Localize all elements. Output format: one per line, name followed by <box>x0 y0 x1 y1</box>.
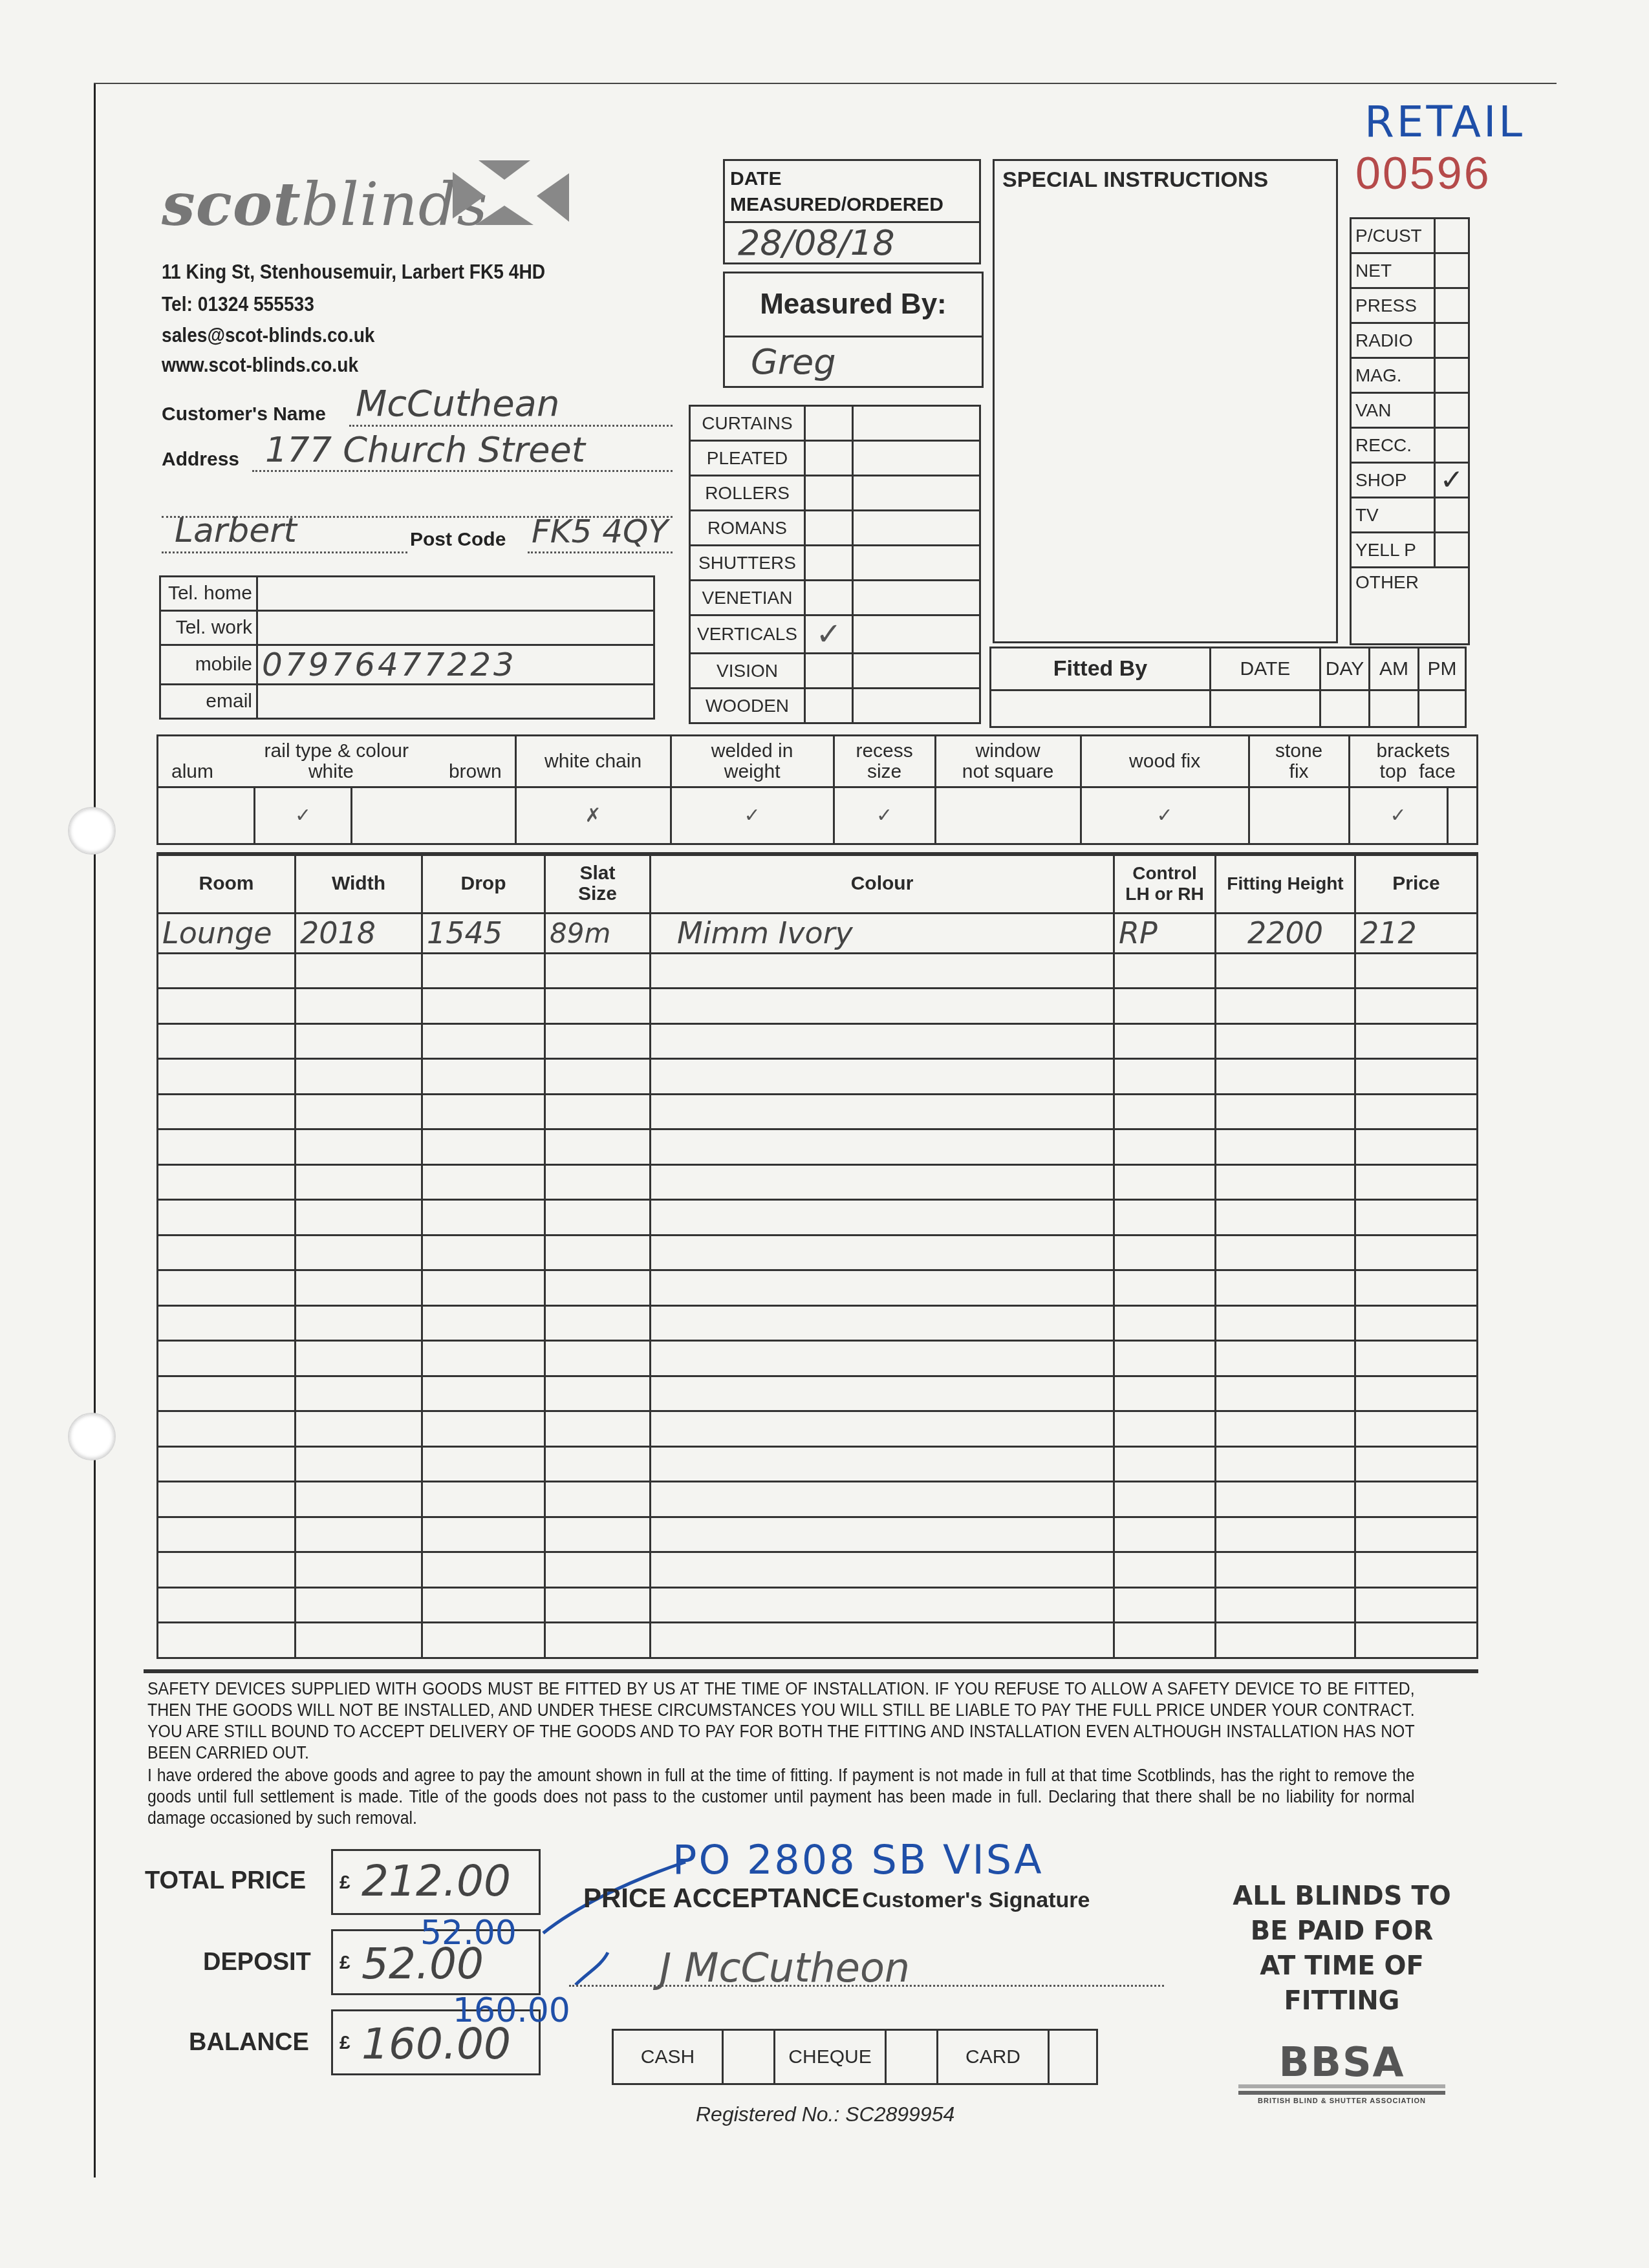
empty-cell[interactable] <box>1114 1446 1216 1482</box>
blind-type-check[interactable] <box>805 654 853 689</box>
stone-fix-header: stonefix <box>1249 736 1349 787</box>
empty-cell[interactable] <box>158 1341 296 1376</box>
source-check[interactable] <box>1435 428 1469 463</box>
empty-cell[interactable] <box>1114 953 1216 989</box>
customer-signature-label: Customer's Signature <box>863 1888 1090 1912</box>
empty-cell[interactable] <box>422 1129 545 1165</box>
empty-cell[interactable] <box>422 1059 545 1095</box>
empty-cell[interactable] <box>1355 1129 1478 1165</box>
blind-type-label: CURTAINS <box>690 406 805 441</box>
empty-cell[interactable] <box>1216 1200 1355 1236</box>
empty-cell[interactable] <box>158 1446 296 1482</box>
table-row <box>158 1305 1478 1341</box>
punch-hole <box>68 807 116 855</box>
empty-cell[interactable] <box>651 1270 1114 1306</box>
currency-symbol: £ <box>339 1952 350 1974</box>
empty-cell[interactable] <box>1114 1552 1216 1588</box>
welded-label-2: weight <box>676 762 829 782</box>
payment-cash-check[interactable] <box>723 2030 775 2084</box>
empty-cell[interactable] <box>651 989 1114 1024</box>
notice-line: BE PAID FOR <box>1203 1914 1481 1949</box>
empty-cell[interactable] <box>422 1270 545 1306</box>
empty-cell[interactable] <box>1355 989 1478 1024</box>
table-row <box>158 1270 1478 1306</box>
empty-cell[interactable] <box>1114 1129 1216 1165</box>
blind-type-check[interactable] <box>805 476 853 511</box>
empty-cell[interactable] <box>651 1623 1114 1658</box>
empty-cell[interactable] <box>1114 1305 1216 1341</box>
empty-cell[interactable] <box>1355 1164 1478 1200</box>
table-row <box>158 953 1478 989</box>
empty-cell[interactable] <box>545 1235 651 1270</box>
empty-cell[interactable] <box>422 1446 545 1482</box>
empty-cell[interactable] <box>1355 1341 1478 1376</box>
empty-cell[interactable] <box>1216 953 1355 989</box>
notice-line: FITTING <box>1203 1984 1481 2018</box>
customer-name-value: McCuthean <box>356 383 559 425</box>
empty-cell[interactable] <box>1114 1623 1216 1658</box>
empty-cell[interactable] <box>545 1023 651 1059</box>
empty-cell[interactable] <box>1114 989 1216 1024</box>
empty-cell[interactable] <box>651 1129 1114 1165</box>
empty-cell[interactable] <box>1114 1164 1216 1200</box>
empty-cell[interactable] <box>545 1446 651 1482</box>
payment-method-table: CASH CHEQUE CARD <box>612 2029 1098 2085</box>
empty-cell[interactable] <box>158 1623 296 1658</box>
empty-cell[interactable] <box>1355 1411 1478 1447</box>
empty-cell[interactable] <box>296 1235 422 1270</box>
fitted-date-field[interactable] <box>1211 690 1320 727</box>
table-row <box>158 1517 1478 1552</box>
source-label: RADIO <box>1351 323 1435 358</box>
brackets-header: brackets topface <box>1349 736 1477 787</box>
town-value: Larbert <box>175 511 297 550</box>
empty-cell[interactable] <box>1216 1059 1355 1095</box>
empty-cell[interactable] <box>422 1587 545 1623</box>
empty-cell[interactable] <box>422 1411 545 1447</box>
notice-line: AT TIME OF <box>1203 1949 1481 1984</box>
empty-cell[interactable] <box>296 1517 422 1552</box>
empty-cell[interactable] <box>422 1341 545 1376</box>
empty-cell[interactable] <box>1355 1023 1478 1059</box>
header-control: ControlLH or RH <box>1114 856 1216 913</box>
customer-name-field[interactable]: McCuthean <box>349 386 673 427</box>
blind-type-note[interactable] <box>853 654 980 689</box>
empty-cell[interactable] <box>1114 1411 1216 1447</box>
empty-cell[interactable] <box>1114 1023 1216 1059</box>
empty-cell[interactable] <box>296 1270 422 1306</box>
empty-cell[interactable] <box>545 1164 651 1200</box>
empty-cell[interactable] <box>651 1587 1114 1623</box>
empty-cell[interactable] <box>296 953 422 989</box>
contact-table: Tel. home Tel. work mobile07976477223 em… <box>159 575 655 720</box>
empty-cell[interactable] <box>651 1235 1114 1270</box>
empty-cell[interactable] <box>1355 1059 1478 1095</box>
payment-cheque-check[interactable] <box>886 2030 938 2084</box>
brackets-top-check[interactable]: ✓ <box>1349 787 1447 844</box>
empty-cell[interactable] <box>422 1305 545 1341</box>
empty-cell[interactable] <box>296 1023 422 1059</box>
empty-cell[interactable] <box>158 1270 296 1306</box>
company-tel: Tel: 01324 555533 <box>162 292 314 316</box>
empty-cell[interactable] <box>545 1200 651 1236</box>
source-check-shop[interactable]: ✓ <box>1435 463 1469 498</box>
empty-cell[interactable] <box>1355 1482 1478 1517</box>
empty-cell[interactable] <box>545 1376 651 1411</box>
header-width: Width <box>296 856 422 913</box>
empty-cell[interactable] <box>158 1059 296 1095</box>
postcode-field[interactable]: FK5 4QY <box>528 509 673 553</box>
blind-type-note[interactable] <box>853 546 980 581</box>
empty-cell[interactable] <box>1114 1094 1216 1129</box>
empty-cell[interactable] <box>1114 1200 1216 1236</box>
empty-cell[interactable] <box>545 953 651 989</box>
empty-cell[interactable] <box>651 1200 1114 1236</box>
empty-cell[interactable] <box>296 1305 422 1341</box>
contact-label: mobile <box>160 645 257 685</box>
blind-type-check[interactable] <box>805 689 853 723</box>
table-row <box>158 1094 1478 1129</box>
special-instructions-box[interactable]: SPECIAL INSTRUCTIONS <box>993 159 1338 643</box>
empty-cell[interactable] <box>422 1623 545 1658</box>
rail-alum-check[interactable] <box>158 787 255 844</box>
date-label-2: MEASURED/ORDERED <box>730 192 974 218</box>
empty-cell[interactable] <box>545 1552 651 1588</box>
empty-cell[interactable] <box>158 1129 296 1165</box>
empty-cell[interactable] <box>158 953 296 989</box>
empty-cell[interactable] <box>158 1587 296 1623</box>
source-check[interactable] <box>1435 219 1469 253</box>
empty-cell[interactable] <box>1216 1164 1355 1200</box>
source-label: PRESS <box>1351 288 1435 323</box>
empty-cell[interactable] <box>1114 1270 1216 1306</box>
town-field[interactable]: Larbert <box>162 509 407 553</box>
empty-cell[interactable] <box>158 1482 296 1517</box>
empty-cell[interactable] <box>1355 1446 1478 1482</box>
blind-type-check[interactable] <box>805 511 853 546</box>
total-price-field[interactable]: £ 212.00 <box>331 1849 541 1915</box>
stone-label-2: fix <box>1254 762 1344 782</box>
cell-width[interactable]: 2018 <box>296 913 422 953</box>
fitted-am-field[interactable] <box>1370 690 1419 727</box>
blind-type-label: ROLLERS <box>690 476 805 511</box>
cell-room[interactable]: Lounge <box>158 913 296 953</box>
payment-notice: ALL BLINDS TO BE PAID FOR AT TIME OF FIT… <box>1203 1879 1481 2018</box>
empty-cell[interactable] <box>1216 1129 1355 1165</box>
empty-cell[interactable] <box>651 1164 1114 1200</box>
source-check[interactable] <box>1435 288 1469 323</box>
empty-cell[interactable] <box>545 1623 651 1658</box>
empty-cell[interactable] <box>651 953 1114 989</box>
white-chain-label: white chain <box>515 736 671 787</box>
empty-cell[interactable] <box>1355 1200 1478 1236</box>
wood-fix-check[interactable]: ✓ <box>1081 787 1249 844</box>
empty-cell[interactable] <box>296 1552 422 1588</box>
fitted-day-field[interactable] <box>1320 690 1370 727</box>
blind-type-note[interactable] <box>853 476 980 511</box>
address-line1-field[interactable]: 177 Church Street <box>252 431 673 472</box>
empty-cell[interactable] <box>422 1552 545 1588</box>
empty-cell[interactable] <box>1216 1587 1355 1623</box>
blind-type-check[interactable] <box>805 581 853 615</box>
customer-name-row: Customer's Name McCuthean <box>162 388 673 427</box>
items-table-bottom-rule <box>144 1669 1478 1673</box>
measured-by-value[interactable]: Greg <box>725 337 982 387</box>
blind-type-check-verticals[interactable]: ✓ <box>805 615 853 654</box>
empty-cell[interactable] <box>422 1517 545 1552</box>
stone-fix-check[interactable] <box>1249 787 1349 844</box>
empty-cell[interactable] <box>651 1517 1114 1552</box>
total-price-label: TOTAL PRICE <box>145 1867 306 1895</box>
page-frame-left <box>94 83 96 2177</box>
deposit-label: DEPOSIT <box>203 1949 311 1976</box>
table-row <box>158 1129 1478 1165</box>
mobile-field[interactable]: 07976477223 <box>257 645 654 685</box>
empty-cell[interactable] <box>296 989 422 1024</box>
stone-label-1: stone <box>1254 741 1344 762</box>
source-label-other[interactable]: OTHER <box>1351 568 1469 645</box>
blind-type-label: SHUTTERS <box>690 546 805 581</box>
empty-cell[interactable] <box>158 1411 296 1447</box>
empty-cell[interactable] <box>1355 1094 1478 1129</box>
empty-cell[interactable] <box>1114 1482 1216 1517</box>
source-label: TV <box>1351 498 1435 533</box>
empty-cell[interactable] <box>1114 1587 1216 1623</box>
fitted-pm-field[interactable] <box>1419 690 1466 727</box>
empty-cell[interactable] <box>1355 1517 1478 1552</box>
empty-cell[interactable] <box>158 1094 296 1129</box>
empty-cell[interactable] <box>545 1411 651 1447</box>
tel-work-field[interactable] <box>257 611 654 645</box>
empty-cell[interactable] <box>296 1623 422 1658</box>
cell-fitting-height[interactable]: 2200 <box>1216 913 1355 953</box>
payment-card-check[interactable] <box>1049 2030 1097 2084</box>
empty-cell[interactable] <box>1114 1059 1216 1095</box>
empty-cell[interactable] <box>296 1587 422 1623</box>
blind-type-note[interactable] <box>853 441 980 476</box>
empty-cell[interactable] <box>545 989 651 1024</box>
empty-cell[interactable] <box>1114 1235 1216 1270</box>
empty-cell[interactable] <box>158 1235 296 1270</box>
empty-cell[interactable] <box>422 1235 545 1270</box>
header-control-1: Control <box>1119 863 1211 884</box>
window-not-square-check[interactable] <box>935 787 1081 844</box>
source-check[interactable] <box>1435 323 1469 358</box>
empty-cell[interactable] <box>545 1305 651 1341</box>
empty-cell[interactable] <box>158 1305 296 1341</box>
empty-cell[interactable] <box>422 1376 545 1411</box>
cell-drop[interactable]: 1545 <box>422 913 545 953</box>
source-table: P/CUST NET PRESS RADIO MAG. VAN RECC. SH… <box>1350 217 1470 645</box>
empty-cell[interactable] <box>158 1164 296 1200</box>
empty-cell[interactable] <box>1355 1235 1478 1270</box>
empty-cell[interactable] <box>1216 1411 1355 1447</box>
blind-type-note[interactable] <box>853 689 980 723</box>
header-slat-size: SlatSize <box>545 856 651 913</box>
date-measured-box: DATE MEASURED/ORDERED 28/08/18 <box>723 159 981 264</box>
empty-cell[interactable] <box>158 1023 296 1059</box>
company-website[interactable]: www.scot-blinds.co.uk <box>162 353 358 377</box>
empty-cell[interactable] <box>296 1341 422 1376</box>
empty-cell[interactable] <box>1355 1270 1478 1306</box>
signature-field[interactable]: J McCutheon <box>569 1946 1164 1987</box>
source-check[interactable] <box>1435 498 1469 533</box>
empty-cell[interactable] <box>296 1446 422 1482</box>
cell-control[interactable]: RP <box>1114 913 1216 953</box>
blind-type-check[interactable] <box>805 406 853 441</box>
empty-cell[interactable] <box>1216 1341 1355 1376</box>
empty-cell[interactable] <box>1355 1552 1478 1588</box>
empty-cell[interactable] <box>1114 1376 1216 1411</box>
company-email[interactable]: sales@scot-blinds.co.uk <box>162 323 374 347</box>
empty-cell[interactable] <box>422 989 545 1024</box>
empty-cell[interactable] <box>1216 1023 1355 1059</box>
empty-cell[interactable] <box>1355 1623 1478 1658</box>
empty-cell[interactable] <box>545 1482 651 1517</box>
empty-cell[interactable] <box>1355 1305 1478 1341</box>
empty-cell[interactable] <box>1216 1517 1355 1552</box>
empty-cell[interactable] <box>158 1552 296 1588</box>
header-fitting-height: Fitting Height <box>1216 856 1355 913</box>
source-check[interactable] <box>1435 253 1469 288</box>
empty-cell[interactable] <box>545 1129 651 1165</box>
empty-cell[interactable] <box>1216 1446 1355 1482</box>
welded-weight-check[interactable]: ✓ <box>671 787 834 844</box>
retail-annotation: RETAIL <box>1364 97 1525 147</box>
empty-cell[interactable] <box>158 1200 296 1236</box>
empty-cell[interactable] <box>1216 1552 1355 1588</box>
empty-cell[interactable] <box>545 1270 651 1306</box>
source-check[interactable] <box>1435 393 1469 428</box>
currency-symbol: £ <box>339 1872 350 1894</box>
contact-label: email <box>160 685 257 719</box>
empty-cell[interactable] <box>1355 953 1478 989</box>
empty-cell[interactable] <box>1216 1235 1355 1270</box>
rail-alum-label: alum <box>171 762 213 782</box>
rail-type-header: rail type & colour alum white brown <box>158 736 516 787</box>
empty-cell[interactable] <box>1216 1270 1355 1306</box>
empty-cell[interactable] <box>296 1376 422 1411</box>
empty-cell[interactable] <box>651 1023 1114 1059</box>
recess-size-check[interactable]: ✓ <box>834 787 935 844</box>
empty-cell[interactable] <box>545 1059 651 1095</box>
empty-cell[interactable] <box>296 1164 422 1200</box>
empty-cell[interactable] <box>1216 989 1355 1024</box>
empty-cell[interactable] <box>1216 1482 1355 1517</box>
empty-cell[interactable] <box>545 1341 651 1376</box>
rail-brown-check[interactable] <box>352 787 516 844</box>
empty-cell[interactable] <box>651 1446 1114 1482</box>
table-row <box>158 1446 1478 1482</box>
blind-type-note[interactable] <box>853 511 980 546</box>
empty-cell[interactable] <box>651 1059 1114 1095</box>
header-price: Price <box>1355 856 1478 913</box>
registered-number: Registered No.: SC2899954 <box>696 2102 954 2126</box>
empty-cell[interactable] <box>296 1411 422 1447</box>
table-row <box>158 1376 1478 1411</box>
company-logo: scotblinds <box>162 169 488 239</box>
fitted-by-field[interactable] <box>991 690 1211 727</box>
empty-cell[interactable] <box>1114 1517 1216 1552</box>
empty-cell[interactable] <box>422 1200 545 1236</box>
deposit-annotation: 52.00 <box>420 1914 517 1952</box>
blind-type-label: PLEATED <box>690 441 805 476</box>
notice-line: ALL BLINDS TO <box>1203 1879 1481 1914</box>
header-slat-1: Slat <box>550 863 645 884</box>
blind-type-note[interactable] <box>853 615 980 654</box>
empty-cell[interactable] <box>545 1094 651 1129</box>
empty-cell[interactable] <box>422 953 545 989</box>
blind-type-check[interactable] <box>805 546 853 581</box>
email-field[interactable] <box>257 685 654 719</box>
empty-cell[interactable] <box>158 1517 296 1552</box>
empty-cell[interactable] <box>651 1482 1114 1517</box>
cell-price[interactable]: 212 <box>1355 913 1478 953</box>
payment-card-label: CARD <box>938 2030 1049 2084</box>
logo-bold: scot <box>162 169 301 239</box>
brackets-face-check[interactable] <box>1447 787 1477 844</box>
blind-type-note[interactable] <box>853 406 980 441</box>
empty-cell[interactable] <box>651 1552 1114 1588</box>
empty-cell[interactable] <box>1216 1623 1355 1658</box>
fitted-by-table: Fitted By DATE DAY AM PM <box>989 647 1467 728</box>
contact-label: Tel. home <box>160 577 257 611</box>
blind-types-table: CURTAINS PLEATED ROLLERS ROMANS SHUTTERS… <box>689 405 981 724</box>
empty-cell[interactable] <box>1355 1376 1478 1411</box>
empty-cell[interactable] <box>651 1094 1114 1129</box>
empty-cell[interactable] <box>296 1059 422 1095</box>
empty-cell[interactable] <box>158 989 296 1024</box>
empty-cell[interactable] <box>651 1341 1114 1376</box>
empty-cell[interactable] <box>158 1376 296 1411</box>
tel-home-field[interactable] <box>257 577 654 611</box>
rail-white-label: white <box>308 762 354 782</box>
empty-cell[interactable] <box>296 1094 422 1129</box>
source-check[interactable] <box>1435 358 1469 393</box>
source-check[interactable] <box>1435 533 1469 568</box>
empty-cell[interactable] <box>1355 1587 1478 1623</box>
signature-value: J McCutheon <box>660 1944 910 1991</box>
empty-cell[interactable] <box>296 1129 422 1165</box>
empty-cell[interactable] <box>422 1094 545 1129</box>
cell-slat[interactable]: 89m <box>545 913 651 953</box>
empty-cell[interactable] <box>651 1376 1114 1411</box>
blind-type-label: VENETIAN <box>690 581 805 615</box>
empty-cell[interactable] <box>1216 1305 1355 1341</box>
blind-type-label: WOODEN <box>690 689 805 723</box>
empty-cell[interactable] <box>651 1411 1114 1447</box>
contact-label: Tel. work <box>160 611 257 645</box>
empty-cell[interactable] <box>1216 1376 1355 1411</box>
empty-cell[interactable] <box>1216 1094 1355 1129</box>
empty-cell[interactable] <box>296 1482 422 1517</box>
white-chain-check[interactable]: ✗ <box>515 787 671 844</box>
empty-cell[interactable] <box>545 1517 651 1552</box>
empty-cell[interactable] <box>422 1023 545 1059</box>
empty-cell[interactable] <box>422 1482 545 1517</box>
rail-white-check[interactable]: ✓ <box>255 787 352 844</box>
empty-cell[interactable] <box>296 1200 422 1236</box>
empty-cell[interactable] <box>651 1305 1114 1341</box>
empty-cell[interactable] <box>1114 1341 1216 1376</box>
empty-cell[interactable] <box>422 1164 545 1200</box>
payment-note: PO 2808 SB VISA <box>673 1836 1044 1883</box>
blind-type-note[interactable] <box>853 581 980 615</box>
empty-cell[interactable] <box>545 1587 651 1623</box>
date-value[interactable]: 28/08/18 <box>725 223 979 263</box>
cell-colour[interactable]: Mimm Ivory <box>651 913 1114 953</box>
blind-type-check[interactable] <box>805 441 853 476</box>
